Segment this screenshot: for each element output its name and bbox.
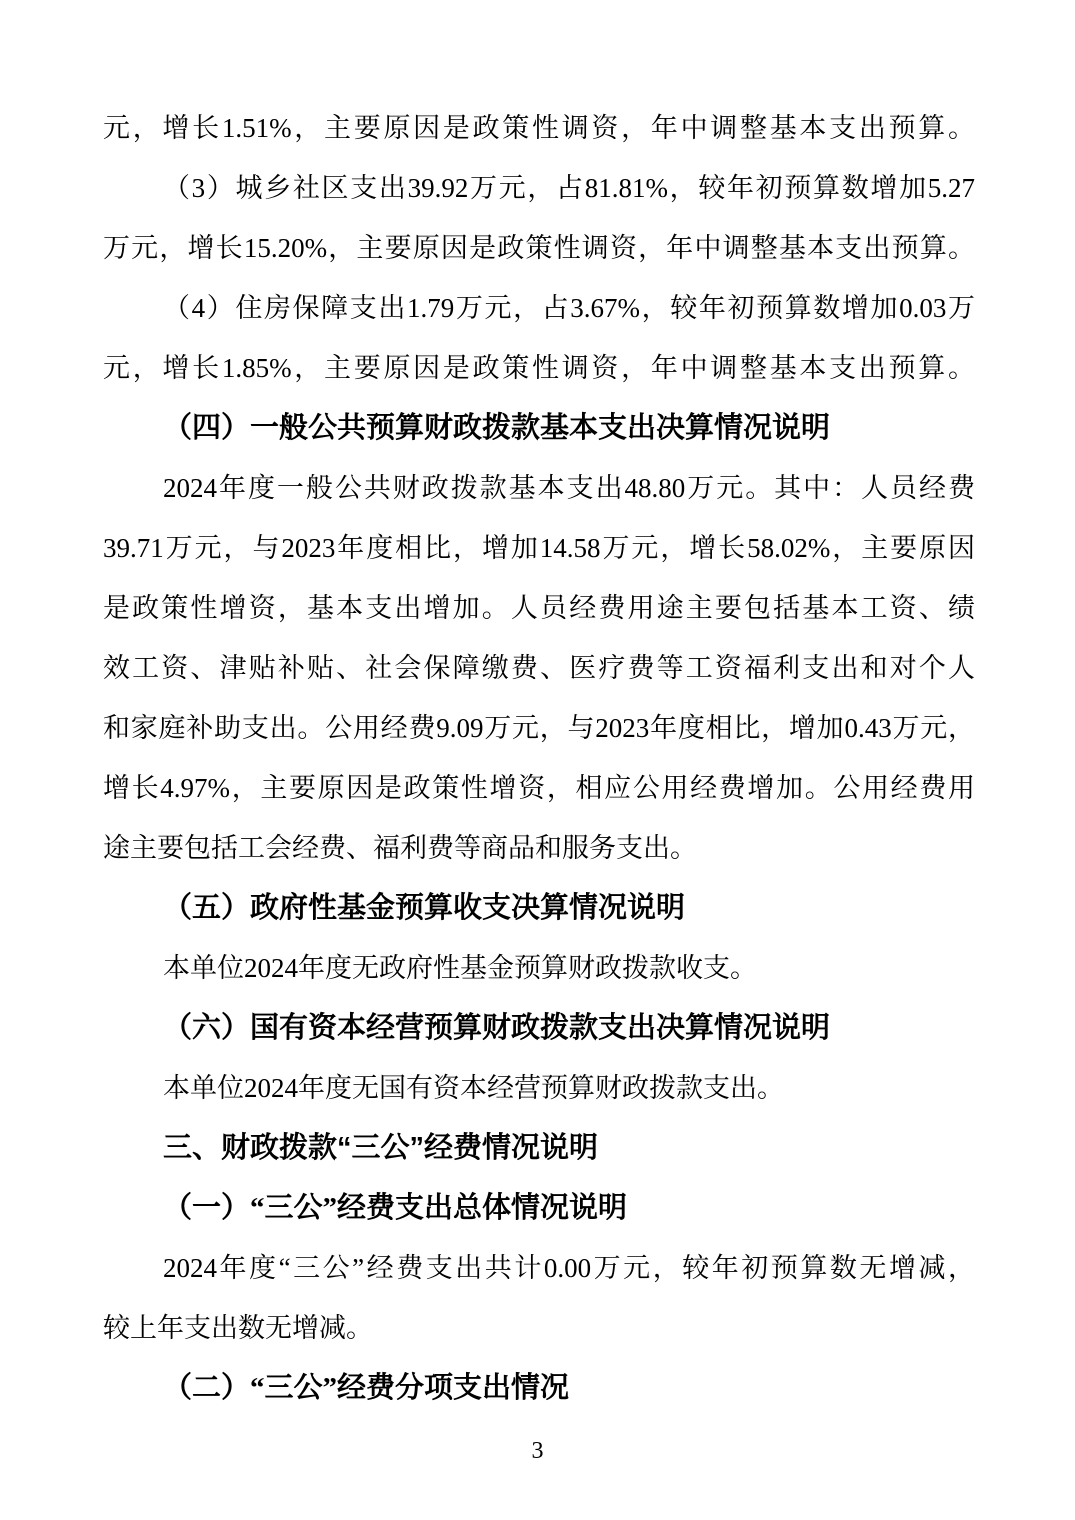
body-line: （3）城乡社区支出39.92万元，占81.81%，较年初预算数增加5.27 xyxy=(103,158,975,218)
heading-section-5: （五）政府性基金预算收支决算情况说明 xyxy=(103,878,975,938)
body-line: 2024年度一般公共财政拨款基本支出48.80万元。其中：人员经费 xyxy=(103,458,975,518)
body-line: 本单位2024年度无政府性基金预算财政拨款收支。 xyxy=(103,938,975,998)
body-line: 增长4.97%，主要原因是政策性增资，相应公用经费增加。公用经费用 xyxy=(103,758,975,818)
heading-section-4: （四）一般公共预算财政拨款基本支出决算情况说明 xyxy=(103,398,975,458)
page-number: 3 xyxy=(0,1436,1075,1466)
body-line: 元，增长1.85%，主要原因是政策性调资，年中调整基本支出预算。 xyxy=(103,338,975,398)
body-line: 万元，增长15.20%，主要原因是政策性调资，年中调整基本支出预算。 xyxy=(103,218,975,278)
body-line: 39.71万元，与2023年度相比，增加14.58万元，增长58.02%，主要原… xyxy=(103,518,975,578)
body-line: 效工资、津贴补贴、社会保障缴费、医疗费等工资福利支出和对个人 xyxy=(103,638,975,698)
body-line: 元，增长1.51%，主要原因是政策性调资，年中调整基本支出预算。 xyxy=(103,98,975,158)
body-line: 和家庭补助支出。公用经费9.09万元，与2023年度相比，增加0.43万元， xyxy=(103,698,975,758)
document-page: 元，增长1.51%，主要原因是政策性调资，年中调整基本支出预算。 （3）城乡社区… xyxy=(0,0,1075,1520)
body-line: 2024年度“三公”经费支出共计0.00万元，较年初预算数无增减， xyxy=(103,1238,975,1298)
body-line: 途主要包括工会经费、福利费等商品和服务支出。 xyxy=(103,818,975,878)
body-line: 本单位2024年度无国有资本经营预算财政拨款支出。 xyxy=(103,1058,975,1118)
body-line: 较上年支出数无增减。 xyxy=(103,1298,975,1358)
heading-section-6: （六）国有资本经营预算财政拨款支出决算情况说明 xyxy=(103,998,975,1058)
heading-sub-2: （二）“三公”经费分项支出情况 xyxy=(103,1358,975,1418)
body-line: （4）住房保障支出1.79万元，占3.67%，较年初预算数增加0.03万 xyxy=(103,278,975,338)
document-body: 元，增长1.51%，主要原因是政策性调资，年中调整基本支出预算。 （3）城乡社区… xyxy=(103,0,975,1418)
body-line: 是政策性增资，基本支出增加。人员经费用途主要包括基本工资、绩 xyxy=(103,578,975,638)
heading-part-3: 三、财政拨款“三公”经费情况说明 xyxy=(103,1118,975,1178)
heading-sub-1: （一）“三公”经费支出总体情况说明 xyxy=(103,1178,975,1238)
